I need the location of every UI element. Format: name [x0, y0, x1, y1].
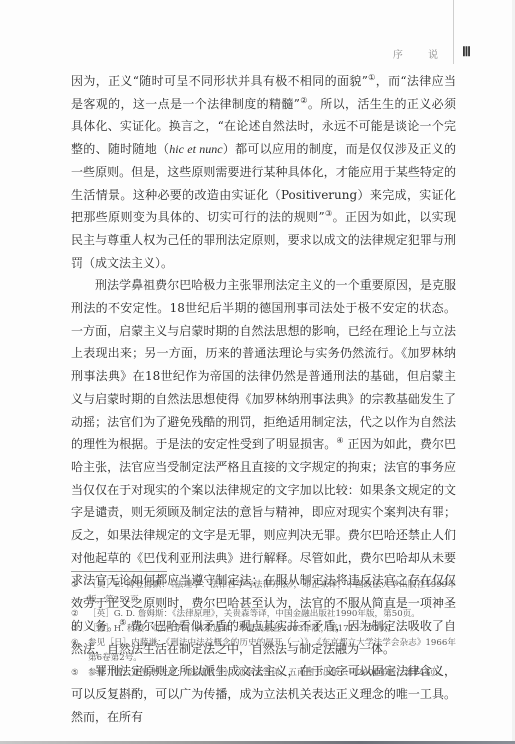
section-title: 序 说	[393, 46, 449, 61]
footnote-text: ［英］G. D. 詹姆斯：《法律原理》，关贵森等译，中国金融出版社1990年版，…	[88, 607, 456, 622]
header-divider	[453, 0, 454, 64]
footnote-ref-3[interactable]: ③	[325, 209, 333, 218]
footnote-4: ④ 参见［日］内藤谦：《刑法中法益概念的历史的展开（一）》，《东京都立大学法学会…	[71, 636, 456, 665]
footnote-mark: ②	[71, 607, 88, 622]
footnote-ref-1[interactable]: ①	[368, 73, 376, 82]
footnote-divider	[71, 571, 167, 572]
page-number: Ⅲ	[462, 44, 470, 60]
footnote-mark: ④	[71, 636, 88, 665]
footnote-text: ［美］E. 博登海默：《法理学：法律哲学与法律方法》，邓正来译，中国政法大学出版…	[88, 578, 456, 607]
footnote-ref-4[interactable]: ④	[336, 436, 343, 445]
footnote-5: ⑤ 参见［德］亚图·考夫曼：《法律哲学》，刘幸义等译，五南图书出版公司2000年…	[71, 666, 456, 681]
document-page: 序 说 Ⅲ 因为，正义“随时可呈不同形状并具有极不相同的面貌”①，而“法律应当是…	[0, 0, 515, 744]
paragraph-1: 因为，正义“随时可呈不同形状并具有极不相同的面貌”①，而“法律应当是客观的，这一…	[71, 70, 456, 274]
footnote-text: 参见［德］亚图·考夫曼：《法律哲学》，刘幸义等译，五南图书出版公司2000年版，…	[88, 666, 456, 681]
footnote-text: 参见［日］内藤谦：《刑法中法益概念的历史的展开（一）》，《东京都立大学法学会杂志…	[88, 636, 456, 665]
footnote-mark: ①	[71, 578, 88, 607]
running-header: 序 说 Ⅲ	[0, 0, 515, 66]
footnote-mark: ⑤	[71, 666, 88, 681]
latin-term: hic et nunc	[169, 142, 222, 156]
footnote-2: ② ［英］G. D. 詹姆斯：《法律原理》，关贵森等译，中国金融出版社1990年…	[71, 607, 456, 622]
footnote-1: ① ［美］E. 博登海默：《法理学：法律哲学与法律方法》，邓正来译，中国政法大学…	[71, 578, 456, 607]
footnote-text: ［德］H. 科殷：《法哲学》，林荣远译，华夏出版社2003年版，第171－172…	[88, 622, 456, 637]
footnote-mark: ③	[71, 622, 88, 637]
footnotes: ① ［美］E. 博登海默：《法理学：法律哲学与法律方法》，邓正来译，中国政法大学…	[71, 578, 456, 680]
footnote-ref-2[interactable]: ②	[300, 96, 308, 105]
footnote-3: ③ ［德］H. 科殷：《法哲学》，林荣远译，华夏出版社2003年版，第171－1…	[71, 622, 456, 637]
